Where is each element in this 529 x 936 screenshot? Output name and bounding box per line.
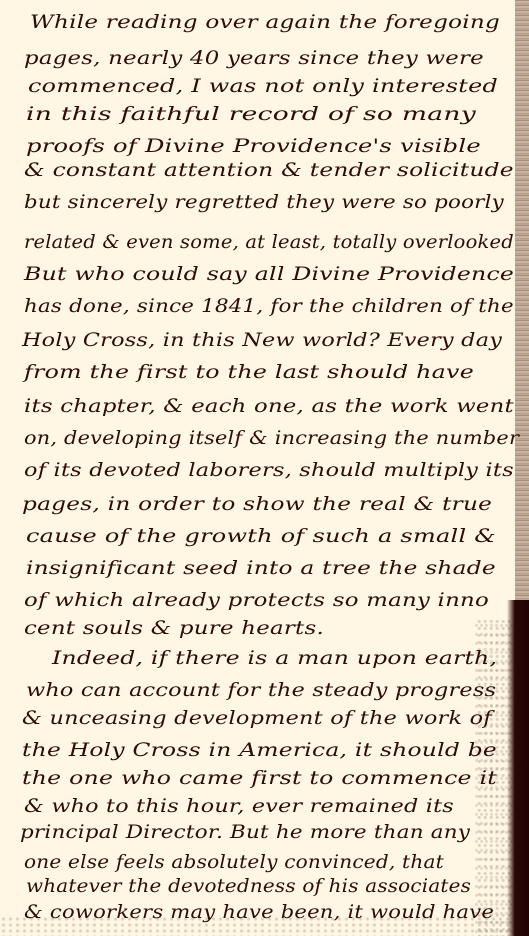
manuscript-line: pages, nearly 40 years since they were: [24, 48, 484, 69]
manuscript-line: the Holy Cross in America, it should be: [22, 740, 497, 761]
manuscript-line: whatever the devotedness of his associat…: [26, 876, 471, 897]
manuscript-line: related & even some, at least, totally o…: [24, 232, 514, 253]
manuscript-line: & unceasing development of the work of: [22, 708, 492, 729]
manuscript-line: the one who came first to commence it: [22, 768, 497, 789]
manuscript-line: commenced, I was not only interested: [28, 76, 498, 97]
manuscript-line: has done, since 1841, for the children o…: [24, 296, 514, 317]
manuscript-line: cause of the growth of such a small &: [26, 526, 496, 547]
manuscript-line: of which already protects so many inno: [24, 590, 489, 611]
manuscript-line: & constant attention & tender solicitude: [24, 160, 514, 181]
manuscript-line: Holy Cross, in this New world? Every day: [22, 330, 502, 351]
manuscript-line: in this faithful record of so many: [26, 104, 476, 125]
manuscript-line: While reading over again the foregoing: [30, 12, 500, 33]
manuscript-line: proofs of Divine Providence's visible: [26, 136, 481, 157]
manuscript-line: pages, in order to show the real & true: [22, 494, 492, 515]
page-bottom-speckle: [0, 916, 529, 936]
manuscript-line: one else feels absolutely convinced, tha…: [24, 852, 444, 873]
manuscript-line: of its devoted laborers, should multiply…: [24, 460, 514, 481]
manuscript-line: who can account for the steady progress: [26, 680, 496, 701]
manuscript-line: cent souls & pure hearts.: [24, 618, 324, 639]
manuscript-line: insignificant seed into a tree the shade: [26, 558, 496, 579]
manuscript-line: from the first to the last should have: [24, 362, 474, 383]
manuscript-line: But who could say all Divine Providence: [24, 264, 514, 285]
manuscript-line: its chapter, & each one, as the work wen…: [24, 396, 514, 417]
manuscript-page: While reading over again the foregoingpa…: [0, 0, 529, 936]
manuscript-line: & who to this hour, ever remained its: [24, 796, 454, 817]
handwritten-text-block: While reading over again the foregoingpa…: [0, 0, 529, 936]
manuscript-line: principal Director. But he more than any: [20, 822, 470, 843]
page-binding-shadow: [507, 600, 529, 936]
manuscript-line: Indeed, if there is a man upon earth,: [52, 648, 497, 669]
manuscript-line: but sincerely regretted they were so poo…: [24, 192, 504, 213]
manuscript-line: on, developing itself & increasing the n…: [24, 428, 519, 449]
